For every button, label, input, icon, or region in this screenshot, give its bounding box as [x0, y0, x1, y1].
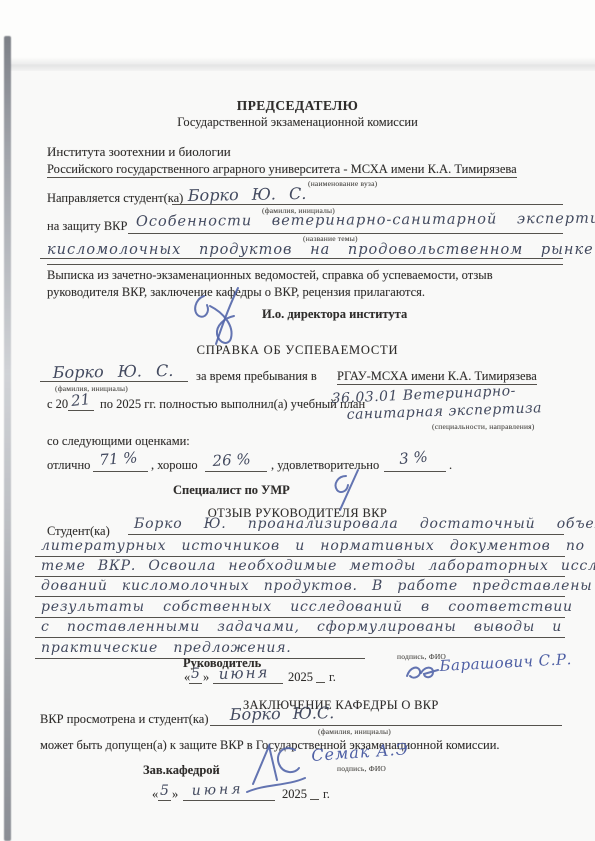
transcript-student-caption: (фамилия, инициалы)	[55, 384, 128, 393]
addressee-title: ПРЕДСЕДАТЕЛЮ	[0, 98, 595, 115]
conclusion-student-handwriting: Борко Ю.С.	[230, 703, 335, 724]
transcript-title: СПРАВКА ОБ УСПЕВАЕМОСТИ	[0, 343, 595, 359]
supervisor-year-rule	[316, 682, 325, 683]
attachments-line-1: Выписка из зачетно-экзаменационных ведом…	[47, 268, 493, 284]
topic-rule-3	[47, 264, 563, 265]
review-line-5: результаты собственных исследований в со…	[41, 599, 573, 615]
dept-date-era: г.	[323, 787, 330, 803]
review-rule-4	[35, 596, 565, 597]
grade-good-rule	[205, 471, 267, 472]
period-prefix: с 20	[47, 397, 68, 413]
university-line: Российского государственного аграрного у…	[47, 162, 517, 178]
dept-date-month: июня	[191, 781, 243, 799]
stay-label: за время пребывания в	[196, 369, 317, 385]
supervisor-date-month: июня	[218, 663, 269, 683]
transcript-student-handwriting: Борко Ю. С.	[53, 361, 174, 382]
dept-month-rule	[183, 800, 275, 801]
grades-period: .	[449, 458, 452, 474]
program-caption: (специальности, направления)	[432, 422, 535, 431]
grade-excellent-label: отлично	[47, 458, 90, 474]
scanned-document-page: ПРЕДСЕДАТЕЛЮ Государственной экзаменацио…	[0, 0, 595, 841]
review-rule-1	[128, 534, 564, 535]
dept-head-label: Зав.кафедрой	[143, 763, 220, 779]
supervisor-date-close: »	[203, 670, 209, 686]
dept-head-sign-caption: подпись, ФИО	[337, 764, 386, 773]
review-line-3: теме ВКР. Освоила необходимые методы лаб…	[41, 558, 595, 574]
grade-excellent-handwriting: 71 %	[99, 448, 138, 469]
review-rule-3	[35, 576, 565, 577]
review-line-4: дований кисломолочных продуктов. В работ…	[41, 578, 592, 594]
review-line-2: литературных источников и нормативных до…	[41, 538, 585, 554]
dept-date-close: »	[172, 787, 178, 803]
dept-day-rule	[158, 800, 171, 801]
grade-satisfactory-rule	[384, 471, 446, 472]
supervisor-date-year: 2025	[288, 670, 313, 686]
grade-good-label: , хорошо	[151, 458, 198, 474]
review-line-6: с поставленными задачами, сформулированы…	[41, 619, 562, 635]
topic-label: на защиту ВКР	[47, 219, 127, 235]
scan-edge-left	[4, 36, 11, 841]
review-rule-2	[35, 556, 565, 557]
university-caption: (наименование вуза)	[308, 179, 377, 188]
review-line-7: практические предложения.	[41, 640, 292, 656]
student-name-handwriting: Борко Ю. С.	[188, 184, 307, 205]
university-short: РГАУ-МСХА имени К.А. Тимирязева	[337, 369, 537, 385]
grade-good-handwriting: 26 %	[212, 450, 251, 470]
umr-title: Специалист по УМР	[173, 483, 290, 499]
period-rest: по 2025 гг. полностью выполнил(а) учебны…	[100, 397, 365, 413]
supervisor-month-rule	[213, 683, 283, 684]
supervisor-date-day: 5	[191, 666, 200, 682]
topic-handwriting-1: Особенности ветеринарно-санитарной экспе…	[136, 211, 595, 230]
period-rule	[68, 410, 94, 411]
conclusion-student-rule	[210, 725, 562, 726]
grade-excellent-rule	[93, 471, 148, 472]
dept-date-day: 5	[160, 783, 169, 799]
addressee-subtitle: Государственной экзаменационной комиссии	[0, 115, 595, 131]
review-rule-5	[35, 617, 565, 618]
grades-intro: со следующими оценками:	[47, 434, 190, 450]
director-signature	[190, 286, 252, 348]
supervisor-date-era: г.	[329, 670, 336, 686]
dept-year-rule	[310, 799, 319, 800]
review-rule-6	[35, 637, 565, 638]
review-line-1: Борко Ю. проанализировала достаточный об…	[134, 516, 595, 532]
topic-handwriting-2: кисломолочных продуктов на продовольстве…	[47, 242, 594, 258]
supervisor-day-rule	[189, 683, 202, 684]
period-year-handwriting: 21	[70, 390, 91, 410]
dept-date-year: 2025	[282, 787, 307, 803]
director-title: И.о. директора института	[262, 307, 407, 323]
conclusion-student-caption: (фамилия, инициалы)	[318, 727, 391, 736]
conclusion-reviewed-label: ВКР просмотрена и студент(ка)	[40, 712, 209, 728]
institute-line: Института зоотехнии и биологии	[47, 144, 231, 160]
student-direction-label: Направляется студент(ка)	[47, 191, 183, 207]
grade-satisfactory-handwriting: 3 %	[398, 448, 428, 468]
supervisor-signature-squiggle	[405, 662, 439, 682]
topic-rule-2	[40, 258, 563, 259]
transcript-student-rule	[40, 381, 188, 382]
